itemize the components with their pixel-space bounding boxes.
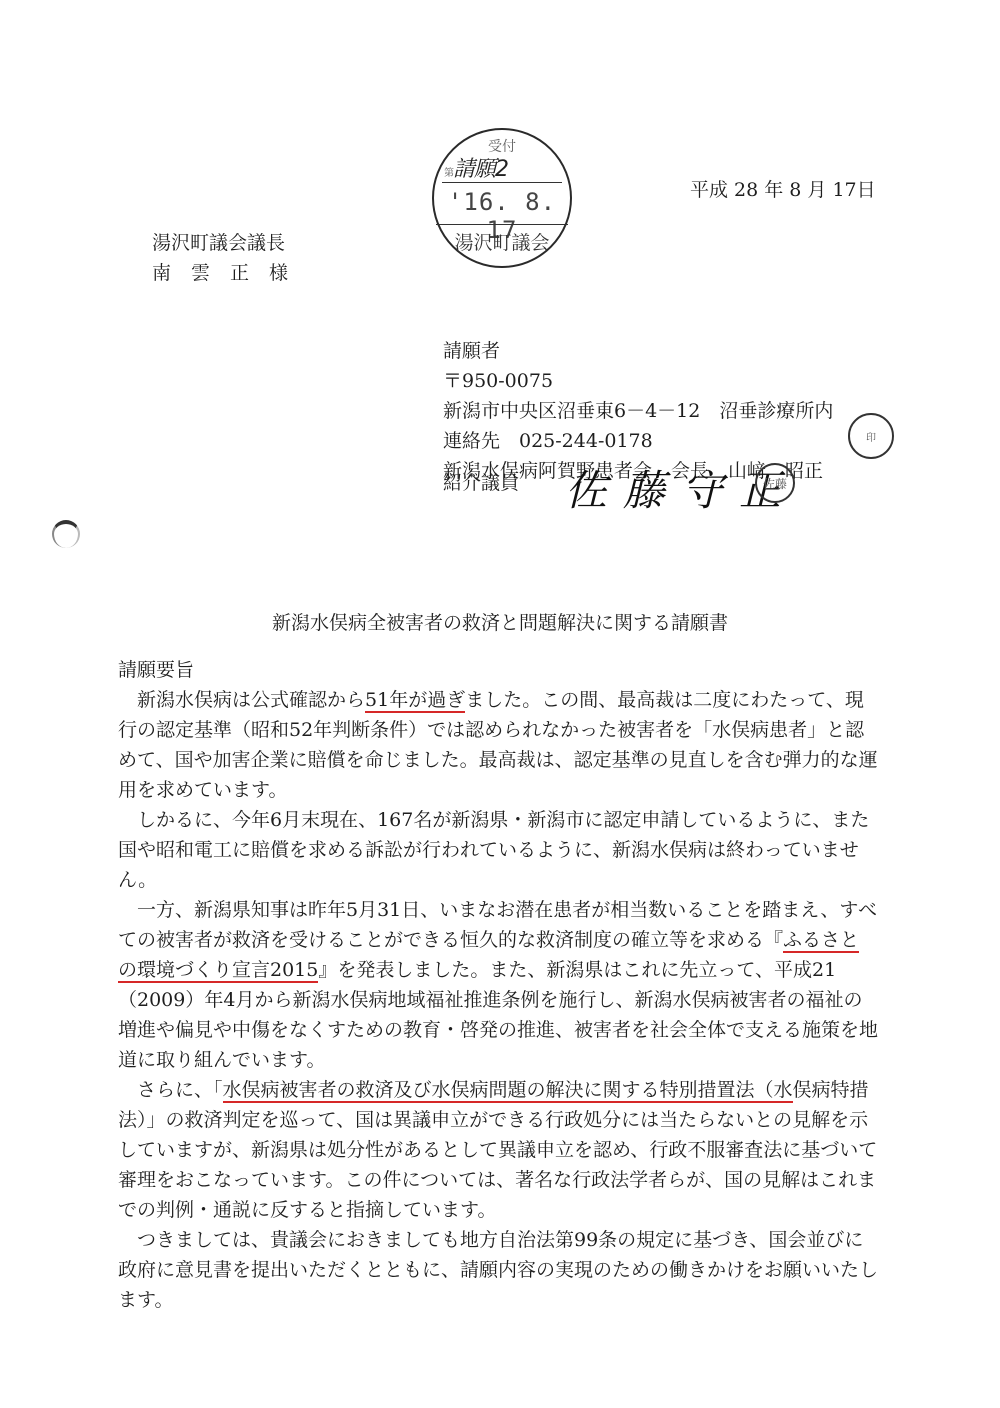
underlined-text: 51年が過ぎ [365, 689, 465, 713]
receipt-stamp: 受付 第請願2 '16. 8. 17 湯沢町議会 [432, 128, 572, 268]
paragraph-5: つきましては、貴議会におきましても地方自治法第99条の規定に基づき、国会並びに政… [118, 1225, 878, 1315]
paragraph-3: 一方、新潟県知事は昨年5月31日、いまなお潜在患者が相当数いることを踏まえ、すべ… [118, 895, 878, 1075]
stamp-number-handwritten: 請願2 [453, 157, 508, 182]
addressee-name: 南雲正様 [152, 258, 308, 288]
document-date: 平成 28 年 8 月 17日 [690, 175, 876, 202]
introducer-seal-text: 佐藤 [763, 475, 787, 492]
contact: 連絡先 025-244-0178 [443, 426, 833, 456]
paragraph-2: しかるに、今年6月末現在、167名が新潟県・新潟市に認定申請しているように、また… [118, 805, 878, 895]
text-span: 新潟水俣病は公式確認から [137, 689, 365, 711]
paragraph-1: 新潟水俣病は公式確認から51年が過ぎました。この間、最高裁は二度にわたって、現行… [118, 685, 878, 805]
addressee: 湯沢町議会議長 南雲正様 [152, 228, 308, 288]
punch-hole-icon [52, 520, 80, 548]
petitioner-seal-icon: 印 [848, 413, 894, 459]
introducer-seal-icon: 佐藤 [755, 463, 795, 503]
petition-body: 請願要旨 新潟水俣病は公式確認から51年が過ぎました。この間、最高裁は二度にわた… [118, 655, 878, 1315]
stamp-divider [442, 182, 562, 183]
document-title: 新潟水俣病全被害者の救済と問題解決に関する請願書 [0, 608, 1000, 635]
paragraph-4: さらに、「水俣病被害者の救済及び水俣病問題の解決に関する特別措置法（水俣病特措法… [118, 1075, 878, 1225]
stamp-office: 湯沢町議会 [434, 228, 570, 255]
petitioner-seal-text: 印 [866, 429, 876, 444]
underlined-text: 水俣病被害者の救済及び水俣病問題の解決に関する特別措置法（水 [223, 1079, 793, 1103]
petitioner-label: 請願者 [443, 336, 833, 366]
introducer-label: 紹介議員 [443, 468, 519, 495]
stamp-number-prefix: 第 [444, 168, 453, 179]
text-span: さらに、「 [137, 1079, 223, 1101]
address: 新潟市中央区沼垂東6－4－12 沼垂診療所内 [443, 396, 833, 426]
stamp-number: 第請願2 [444, 152, 508, 183]
postal-code: 〒950-0075 [443, 366, 833, 396]
text-span: 一方、新潟県知事は昨年5月31日、いまなお潜在患者が相当数いることを踏まえ、すべ… [118, 899, 877, 951]
addressee-title: 湯沢町議会議長 [152, 228, 308, 258]
section-heading: 請願要旨 [118, 655, 878, 685]
stamp-divider [436, 224, 568, 225]
